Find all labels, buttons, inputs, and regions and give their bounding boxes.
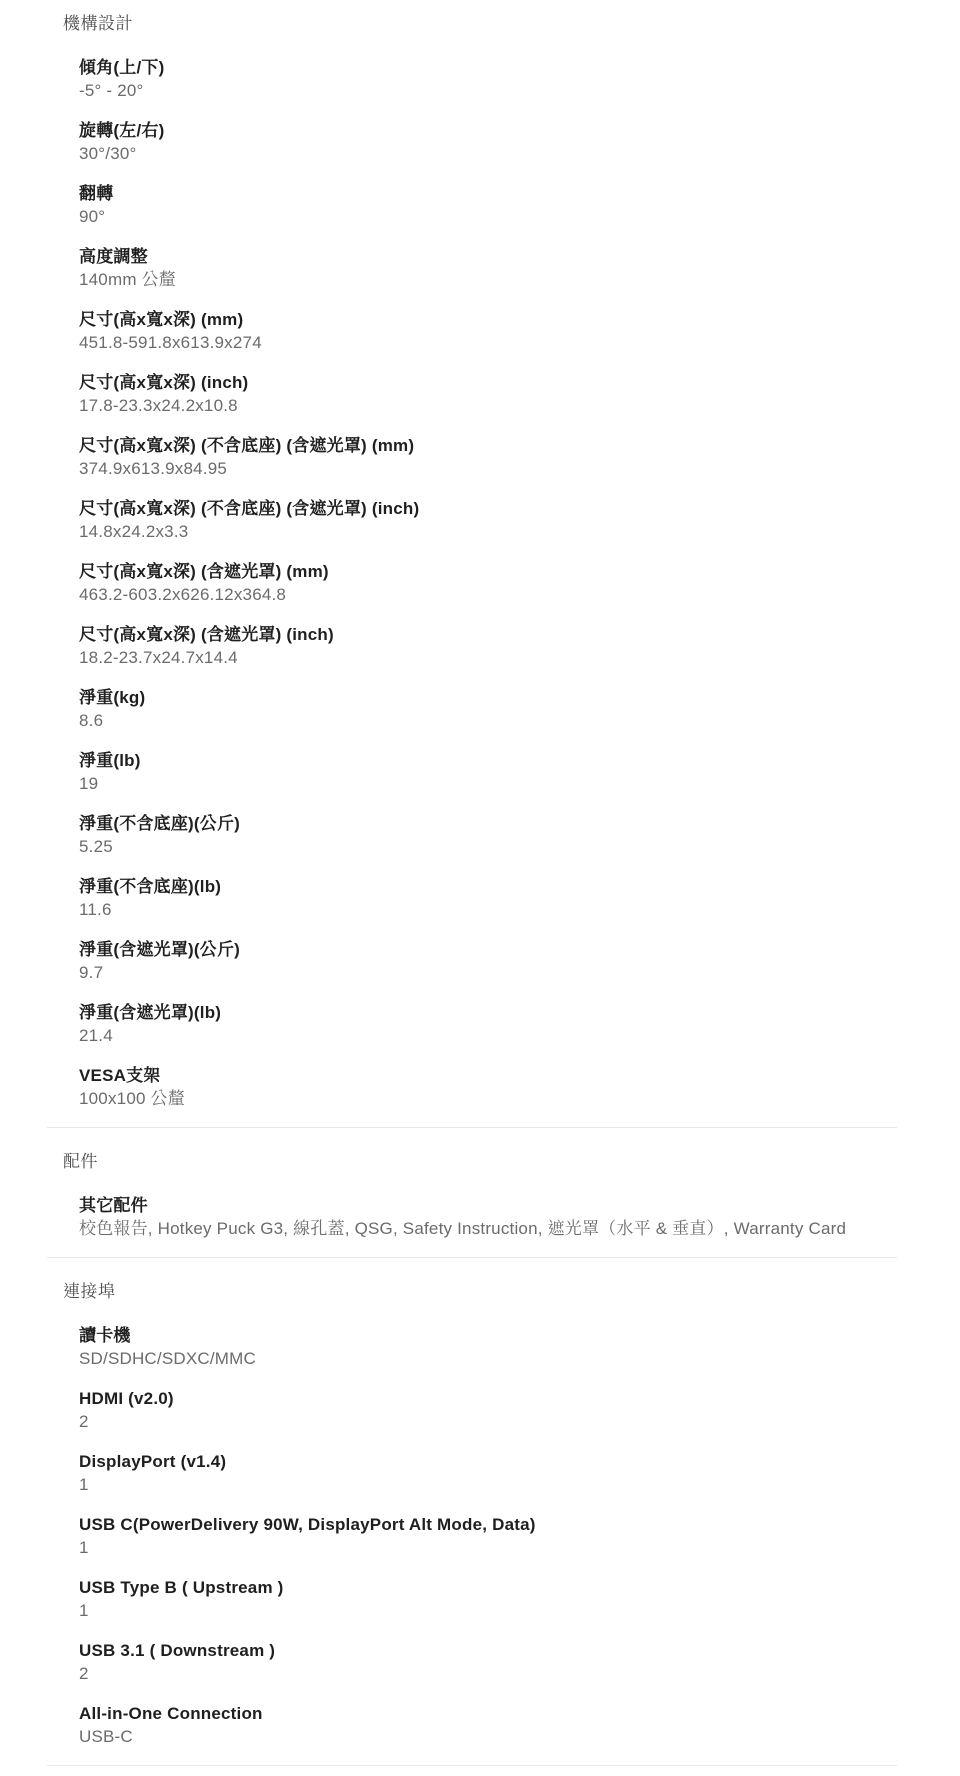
spec-item-label: 尺寸(高x寬x深) (不含底座) (含遮光罩) (mm) — [79, 434, 897, 457]
spec-item-value: 21.4 — [79, 1024, 897, 1047]
spec-item-value: 18.2-23.7x24.7x14.4 — [79, 646, 897, 669]
spec-item-label: 翻轉 — [79, 182, 897, 205]
spec-item: 尺寸(高x寬x深) (含遮光罩) (inch)18.2-23.7x24.7x14… — [79, 623, 897, 669]
section-divider — [47, 1257, 897, 1258]
spec-item: 尺寸(高x寬x深) (不含底座) (含遮光罩) (mm)374.9x613.9x… — [79, 434, 897, 480]
spec-item-value: 1 — [79, 1599, 897, 1622]
spec-item-label: 尺寸(高x寬x深) (mm) — [79, 308, 897, 331]
spec-item: 淨重(kg)8.6 — [79, 686, 897, 732]
spec-item-value: 5.25 — [79, 835, 897, 858]
spec-item: All-in-One ConnectionUSB-C — [79, 1702, 897, 1748]
spec-item-label: 旋轉(左/右) — [79, 119, 897, 142]
spec-item: 其它配件校色報告, Hotkey Puck G3, 線孔蓋, QSG, Safe… — [79, 1194, 897, 1240]
spec-item-label: 尺寸(高x寬x深) (不含底座) (含遮光罩) (inch) — [79, 497, 897, 520]
spec-item-label: 傾角(上/下) — [79, 56, 897, 79]
spec-section: 機構設計傾角(上/下)-5° - 20°旋轉(左/右)30°/30°翻轉90°高… — [47, 12, 897, 1110]
spec-item: 淨重(不含底座)(lb)11.6 — [79, 875, 897, 921]
spec-item-value: 451.8-591.8x613.9x274 — [79, 331, 897, 354]
spec-item-label: DisplayPort (v1.4) — [79, 1450, 897, 1473]
spec-item-value: -5° - 20° — [79, 79, 897, 102]
spec-item-label: USB 3.1 ( Downstream ) — [79, 1639, 897, 1662]
spec-item-label: USB C(PowerDelivery 90W, DisplayPort Alt… — [79, 1513, 897, 1536]
spec-section: 配件其它配件校色報告, Hotkey Puck G3, 線孔蓋, QSG, Sa… — [47, 1150, 897, 1240]
spec-item: 尺寸(高x寬x深) (inch)17.8-23.3x24.2x10.8 — [79, 371, 897, 417]
spec-item-label: 尺寸(高x寬x深) (inch) — [79, 371, 897, 394]
spec-item-value: 9.7 — [79, 961, 897, 984]
spec-item-value: USB-C — [79, 1725, 897, 1748]
spec-item-label: 尺寸(高x寬x深) (含遮光罩) (inch) — [79, 623, 897, 646]
spec-item-list: 傾角(上/下)-5° - 20°旋轉(左/右)30°/30°翻轉90°高度調整1… — [47, 56, 897, 1110]
spec-item-value: 2 — [79, 1662, 897, 1685]
spec-item-value: 17.8-23.3x24.2x10.8 — [79, 394, 897, 417]
spec-item: USB 3.1 ( Downstream )2 — [79, 1639, 897, 1685]
spec-item: 翻轉90° — [79, 182, 897, 228]
spec-item-label: USB Type B ( Upstream ) — [79, 1576, 897, 1599]
spec-item-label: 尺寸(高x寬x深) (含遮光罩) (mm) — [79, 560, 897, 583]
spec-page: 機構設計傾角(上/下)-5° - 20°旋轉(左/右)30°/30°翻轉90°高… — [0, 0, 960, 1776]
spec-item: 尺寸(高x寬x深) (含遮光罩) (mm)463.2-603.2x626.12x… — [79, 560, 897, 606]
section-title: 配件 — [47, 1150, 897, 1174]
spec-item-label: 淨重(含遮光罩)(lb) — [79, 1001, 897, 1024]
spec-item: 淨重(含遮光罩)(公斤)9.7 — [79, 938, 897, 984]
spec-item: 傾角(上/下)-5° - 20° — [79, 56, 897, 102]
spec-item-label: All-in-One Connection — [79, 1702, 897, 1725]
spec-item-label: 淨重(不含底座)(lb) — [79, 875, 897, 898]
spec-item-value: 11.6 — [79, 898, 897, 921]
spec-item: USB C(PowerDelivery 90W, DisplayPort Alt… — [79, 1513, 897, 1559]
spec-item-label: VESA支架 — [79, 1064, 897, 1087]
spec-item-value: 2 — [79, 1410, 897, 1433]
spec-item-label: 其它配件 — [79, 1194, 897, 1217]
spec-item-value: 90° — [79, 205, 897, 228]
spec-item-list: 其它配件校色報告, Hotkey Puck G3, 線孔蓋, QSG, Safe… — [47, 1194, 897, 1240]
spec-item: 旋轉(左/右)30°/30° — [79, 119, 897, 165]
spec-item: HDMI (v2.0)2 — [79, 1387, 897, 1433]
spec-item-value: 140mm 公釐 — [79, 268, 897, 291]
spec-item: 淨重(不含底座)(公斤)5.25 — [79, 812, 897, 858]
spec-item-label: 淨重(含遮光罩)(公斤) — [79, 938, 897, 961]
spec-item-list: 讀卡機SD/SDHC/SDXC/MMCHDMI (v2.0)2DisplayPo… — [47, 1324, 897, 1748]
spec-item: 高度調整140mm 公釐 — [79, 245, 897, 291]
section-divider — [47, 1765, 897, 1766]
spec-item: USB Type B ( Upstream )1 — [79, 1576, 897, 1622]
spec-item: 尺寸(高x寬x深) (mm)451.8-591.8x613.9x274 — [79, 308, 897, 354]
section-divider — [47, 1127, 897, 1128]
spec-item-value: 8.6 — [79, 709, 897, 732]
spec-item: VESA支架100x100 公釐 — [79, 1064, 897, 1110]
spec-item: 尺寸(高x寬x深) (不含底座) (含遮光罩) (inch)14.8x24.2x… — [79, 497, 897, 543]
spec-section: 連接埠讀卡機SD/SDHC/SDXC/MMCHDMI (v2.0)2Displa… — [47, 1280, 897, 1748]
spec-item: 淨重(含遮光罩)(lb)21.4 — [79, 1001, 897, 1047]
spec-item-value: 19 — [79, 772, 897, 795]
spec-item-label: 淨重(kg) — [79, 686, 897, 709]
spec-item-value: SD/SDHC/SDXC/MMC — [79, 1347, 897, 1370]
spec-item: DisplayPort (v1.4)1 — [79, 1450, 897, 1496]
spec-item: 讀卡機SD/SDHC/SDXC/MMC — [79, 1324, 897, 1370]
spec-item-value: 校色報告, Hotkey Puck G3, 線孔蓋, QSG, Safety I… — [79, 1217, 897, 1240]
section-title: 機構設計 — [47, 12, 897, 36]
spec-item-value: 1 — [79, 1473, 897, 1496]
spec-item-label: 淨重(lb) — [79, 749, 897, 772]
spec-item: 淨重(lb)19 — [79, 749, 897, 795]
spec-item-label: 淨重(不含底座)(公斤) — [79, 812, 897, 835]
spec-item-value: 100x100 公釐 — [79, 1087, 897, 1110]
spec-item-label: 高度調整 — [79, 245, 897, 268]
spec-item-value: 1 — [79, 1536, 897, 1559]
spec-item-value: 374.9x613.9x84.95 — [79, 457, 897, 480]
spec-item-value: 30°/30° — [79, 142, 897, 165]
section-title: 連接埠 — [47, 1280, 897, 1304]
spec-item-value: 14.8x24.2x3.3 — [79, 520, 897, 543]
spec-item-label: 讀卡機 — [79, 1324, 897, 1347]
spec-item-value: 463.2-603.2x626.12x364.8 — [79, 583, 897, 606]
spec-item-label: HDMI (v2.0) — [79, 1387, 897, 1410]
